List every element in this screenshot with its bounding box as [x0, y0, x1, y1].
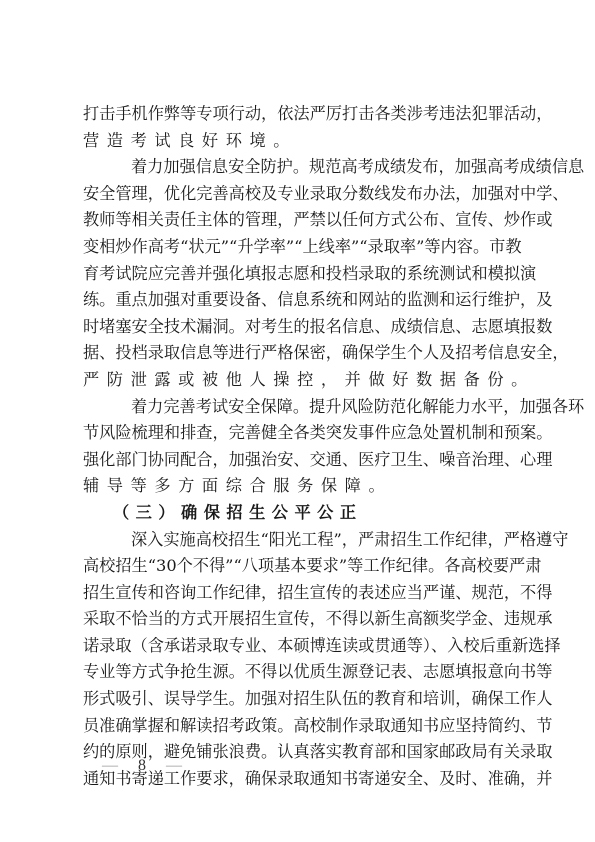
paragraph-line: 辅导等多方面综合服务保障。: [83, 473, 517, 500]
paragraph-line: 采取不恰当的方式开展招生宣传，不得以新生高额奖学金、违规承: [83, 606, 517, 633]
paragraph-line: 营造考试良好环境。: [83, 128, 517, 155]
paragraph-line: 形式吸引、误导学生。加强对招生队伍的教育和培训，确保工作人: [83, 686, 517, 713]
body-text: 打击手机作弊等专项行动，依法严厉打击各类涉考违法犯罪活动，营造考试良好环境。着力…: [83, 101, 517, 792]
paragraph-line: 节风险梳理和排查，完善健全各类突发事件应急处置机制和预案。: [83, 420, 517, 447]
paragraph-line: 深入实施高校招生“阳光工程”，严肃招生工作纪律，严格遵守: [83, 527, 517, 554]
paragraph-line: 教师等相关责任主体的管理，严禁以任何方式公布、宣传、炒作或: [83, 207, 517, 234]
paragraph-line: 高校招生“30个不得”“八项基本要求”等工作纪律。各高校要严肃: [83, 553, 517, 580]
paragraph-line: 练。重点加强对重要设备、信息系统和网站的监测和运行维护，及: [83, 287, 517, 314]
page-number: — 8 —: [102, 757, 190, 775]
paragraph-line: 严防泄露或被他人操控，并做好数据备份。: [83, 367, 517, 394]
page-number-dash-right: —: [166, 757, 190, 774]
page-number-dash-left: —: [102, 757, 126, 774]
paragraph-line: 着力加强信息安全防护。规范高考成绩发布，加强高考成绩信息: [83, 154, 517, 181]
paragraph-line: 时堵塞安全技术漏洞。对考生的报名信息、成绩信息、志愿填报数: [83, 314, 517, 341]
paragraph-line: 据、投档录取信息等进行严格保密，确保学生个人及招考信息安全，: [83, 340, 517, 367]
paragraph-line: 强化部门协同配合，加强治安、交通、医疗卫生、噪音治理、心理: [83, 447, 517, 474]
paragraph-line: 员准确掌握和解读招考政策。高校制作录取通知书应坚持简约、节: [83, 713, 517, 740]
document-page: 打击手机作弊等专项行动，依法严厉打击各类涉考违法犯罪活动，营造考试良好环境。着力…: [0, 0, 595, 842]
paragraph-line: 育考试院应完善并强化填报志愿和投档录取的系统测试和模拟演: [83, 261, 517, 288]
paragraph-line: 安全管理，优化完善高校及专业录取分数线发布办法，加强对中学、: [83, 181, 517, 208]
paragraph-line: 打击手机作弊等专项行动，依法严厉打击各类涉考违法犯罪活动，: [83, 101, 517, 128]
paragraph-line: 诺录取（含承诺录取专业、本硕博连读或贯通等）、入校后重新选择: [83, 633, 517, 660]
section-heading: （三）确保招生公平公正: [83, 500, 517, 527]
paragraph-line: 变相炒作高考“状元”“升学率”“上线率”“录取率”等内容。市教: [83, 234, 517, 261]
paragraph-line: 招生宣传和咨询工作纪律，招生宣传的表述应当严谨、规范，不得: [83, 580, 517, 607]
paragraph-line: 着力完善考试安全保障。提升风险防范化解能力水平，加强各环: [83, 394, 517, 421]
page-number-value: 8: [138, 757, 154, 774]
paragraph-line: 专业等方式争抢生源。不得以优质生源登记表、志愿填报意向书等: [83, 659, 517, 686]
